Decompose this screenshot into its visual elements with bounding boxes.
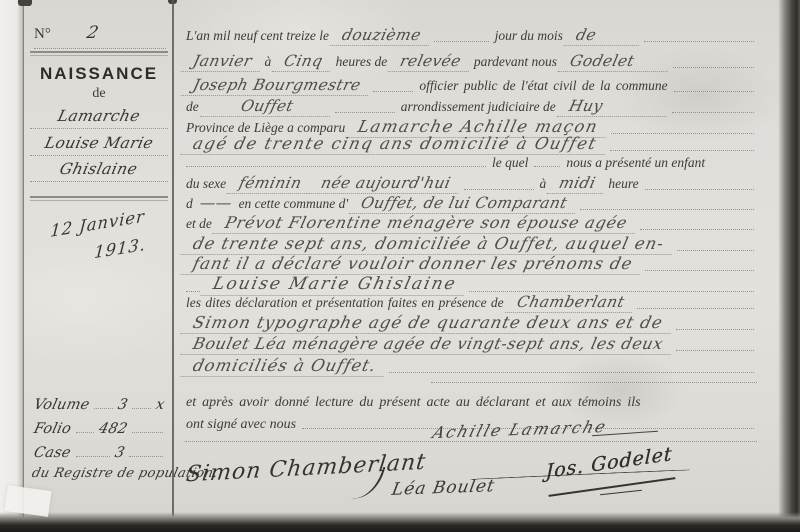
- act-handwritten-text: Cinq: [272, 52, 335, 72]
- margin-rule: [30, 196, 168, 201]
- act-line: domiciliés à Ouffet.: [183, 356, 757, 377]
- dotted-fill: [389, 372, 754, 373]
- dotted-fill: [335, 112, 395, 113]
- act-printed-text: et de: [183, 216, 215, 232]
- margin-rule: [30, 51, 168, 56]
- case-value: 3: [111, 445, 128, 461]
- dotted-fill: [76, 456, 110, 457]
- dotted-fill: [640, 229, 754, 230]
- page-right-edge: [778, 0, 800, 532]
- act-line: de Ouffet arrondissement judiciaire de H…: [183, 97, 757, 117]
- act-line: et de Prévot Florentine ménagère son épo…: [183, 213, 757, 234]
- act-number-label: N°: [34, 26, 51, 43]
- dotted-fill: [76, 432, 94, 433]
- folio-row: Folio 482: [32, 421, 166, 437]
- act-type-title: NAISSANCE: [26, 64, 172, 84]
- act-printed-text: pardevant nous: [471, 54, 560, 70]
- act-handwritten-text: Janvier: [181, 52, 264, 72]
- dotted-fill: [469, 291, 754, 292]
- act-handwritten-text: Ouffet: [199, 97, 334, 117]
- act-line: de trente sept ans, domiciliée à Ouffet,…: [183, 234, 757, 255]
- dotted-fill: [129, 456, 163, 457]
- act-number-row: N° 2: [34, 23, 166, 49]
- act-line: Boulet Léa ménagère agée de vingt-sept a…: [183, 334, 757, 355]
- dotted-fill: [610, 150, 754, 151]
- act-line: les dites déclaration et présentation fa…: [183, 293, 757, 313]
- dotted-fill: [132, 432, 163, 433]
- volume-value: 3: [114, 397, 131, 413]
- volume-label: Volume: [30, 397, 93, 413]
- blank-dotted-line: [431, 382, 757, 383]
- act-handwritten-text: domiciliés à Ouffet.: [181, 356, 389, 377]
- dotted-fill: [94, 408, 112, 409]
- dotted-fill: [673, 67, 754, 68]
- volume-row: Volume 3 x: [32, 397, 166, 413]
- case-row: Case 3: [32, 445, 166, 461]
- act-printed-text: jour du mois: [492, 28, 566, 44]
- act-date: 12 Janvier 1913.: [39, 205, 161, 270]
- act-date-year: 1913.: [84, 233, 157, 265]
- dotted-fill: [644, 41, 754, 42]
- act-body: L'an mil neuf cent treize le douzième jo…: [181, 0, 779, 532]
- dotted-fill: [434, 41, 489, 42]
- act-line: le quel nous a présenté un enfant: [183, 155, 757, 171]
- act-printed-text: nous a présenté un enfant: [563, 155, 708, 171]
- child-firstnames: Louise Marie: [30, 134, 168, 156]
- page-left-edge: [0, 0, 24, 532]
- act-printed-text: et après avoir donné lecture du présent …: [183, 395, 644, 411]
- act-line: L'an mil neuf cent treize le douzième jo…: [183, 26, 757, 46]
- act-handwritten-text: Huy: [556, 97, 671, 117]
- folio-value: 482: [95, 421, 131, 437]
- act-handwritten-text: Godelet: [558, 52, 673, 72]
- act-printed-text: arrondissement judiciaire de: [398, 99, 559, 115]
- act-line: Simon typographe agé de quarante deux an…: [183, 313, 757, 334]
- birth-act-scan: N° 2 NAISSANCE de Lamarche Louise Marie …: [0, 0, 800, 532]
- dotted-fill: [637, 308, 754, 309]
- act-printed-text: en cette commune d': [236, 196, 352, 212]
- act-line: Joseph Bourgmestre officier public de l'…: [183, 76, 757, 96]
- signature-witness2: Léa Boulet: [390, 476, 496, 500]
- act-line: d —— en cette commune d' Ouffet, de lui …: [183, 194, 757, 214]
- act-handwritten-text: née aujourd'hui: [309, 174, 463, 194]
- act-handwritten-text: relevée: [388, 52, 473, 72]
- dotted-fill: [186, 166, 486, 167]
- act-printed-text: les dites déclaration et présentation fa…: [183, 295, 507, 311]
- act-printed-text: L'an mil neuf cent treize le: [183, 28, 332, 44]
- dotted-fill: [464, 189, 534, 190]
- act-handwritten-text: Boulet Léa ménagère agée de vingt-sept a…: [181, 334, 676, 355]
- dotted-fill: [674, 91, 754, 92]
- act-printed-text: heures de: [333, 54, 391, 70]
- act-handwritten-text: Ouffet, de lui Comparant: [349, 194, 579, 214]
- act-handwritten-text: féminin: [227, 174, 314, 194]
- act-handwritten-text: de: [564, 26, 644, 46]
- act-printed-text: ont signé avec nous: [183, 417, 299, 433]
- act-number-value: 2: [74, 23, 110, 44]
- act-handwritten-text: agé de trente cinq ans domicilié à Ouffe…: [181, 134, 609, 155]
- dotted-fill: [645, 270, 754, 271]
- blank-dotted-line: [185, 441, 757, 442]
- child-surname: Lamarche: [30, 107, 168, 129]
- act-handwritten-text: douzième: [330, 26, 433, 46]
- column-divider: [172, 0, 174, 516]
- dotted-fill: [676, 329, 754, 330]
- child-firstnames-2: Ghislaine: [30, 160, 168, 182]
- act-line: fant il a déclaré vouloir donner les pré…: [183, 254, 757, 275]
- margin-column: N° 2 NAISSANCE de Lamarche Louise Marie …: [26, 0, 172, 532]
- act-line: du sexe féminin née aujourd'hui à midi h…: [183, 174, 757, 194]
- act-handwritten-text: Chamberlant: [504, 293, 636, 313]
- dotted-fill: [373, 91, 413, 92]
- dotted-fill: [132, 408, 150, 409]
- volume-mark: x: [152, 397, 168, 413]
- dotted-fill: [186, 291, 200, 292]
- folio-label: Folio: [30, 421, 75, 437]
- act-line: agé de trente cinq ans domicilié à Ouffe…: [183, 134, 757, 155]
- case-label: Case: [30, 445, 74, 461]
- act-handwritten-text: Simon typographe agé de quarante deux an…: [181, 313, 675, 334]
- dotted-fill: [580, 209, 754, 210]
- act-handwritten-text: ——: [194, 194, 238, 212]
- page-bottom-edge: [0, 512, 800, 532]
- act-printed-text: le quel: [489, 155, 531, 171]
- dotted-fill: [672, 112, 754, 113]
- act-printed-text: heure: [605, 176, 641, 192]
- dotted-fill: [645, 189, 754, 190]
- act-handwritten-text: Prévot Florentine ménagère son épouse ag…: [212, 213, 639, 234]
- act-handwritten-text: de trente sept ans, domiciliée à Ouffet,…: [181, 234, 677, 255]
- dotted-fill: [677, 250, 754, 251]
- act-handwritten-text: fant il a déclaré vouloir donner les pré…: [181, 254, 645, 275]
- act-type-subtitle: de: [26, 86, 172, 102]
- act-handwritten-text: midi: [547, 174, 608, 194]
- act-line: et après avoir donné lecture du présent …: [183, 395, 757, 411]
- dotted-fill: [534, 166, 560, 167]
- act-printed-text: de: [183, 99, 202, 115]
- act-handwritten-text: Joseph Bourgmestre: [181, 76, 373, 96]
- act-printed-text: du sexe: [183, 176, 229, 192]
- act-line: Janvier à Cinq heures de relevée pardeva…: [183, 52, 757, 72]
- act-printed-text: officier public de l'état civil de la co…: [416, 78, 670, 94]
- dotted-fill: [676, 350, 754, 351]
